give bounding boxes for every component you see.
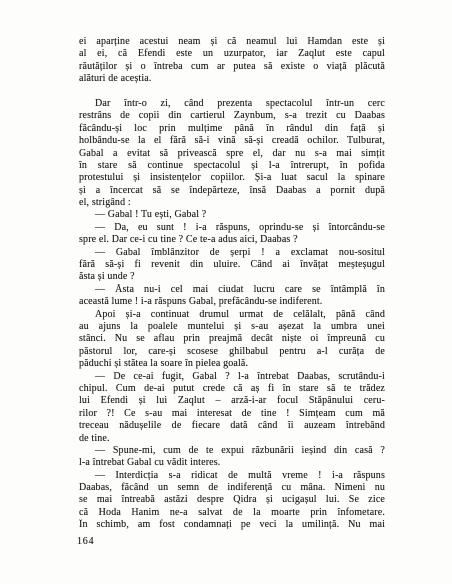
- text-line: alături de aceștia.: [79, 73, 385, 85]
- text-line: chipul. Cum de-ai putut crede că aș fi î…: [79, 383, 385, 395]
- text-line: se mai întreabă astăzi despre Qidra și u…: [79, 494, 385, 506]
- page-number: 164: [77, 536, 94, 547]
- text-line: al ei, că Efendi este un uzurpator, iar …: [79, 48, 385, 60]
- paragraph: — Gabal îmblânzitor de șerpi ! a exclama…: [79, 247, 385, 284]
- text-line: și a încercat să se îndepărteze, însă Da…: [79, 185, 385, 197]
- text-line: l-a întrebat Gabal cu vădit interes.: [79, 457, 385, 469]
- paragraph: — De ce-ai fugit, Gabal ? l-a întrebat D…: [79, 371, 385, 445]
- text-line: treceau nădușelile de fiecare dată când …: [79, 420, 385, 432]
- text-line: Daabas, făcând un semn de indiferență cu…: [79, 482, 385, 494]
- text-line: Apoi și-a continuat drumul urmat de celă…: [79, 309, 385, 321]
- paragraph: Apoi și-a continuat drumul urmat de celă…: [79, 309, 385, 371]
- text-line: Dar într-o zi, când prezenta spectacolul…: [79, 98, 385, 110]
- text-line: făcându-și loc prin mulțime până în rând…: [79, 123, 385, 135]
- text-line: ei aparține acestui neam și că neamul lu…: [79, 36, 385, 48]
- text-line: — Interdicția s-a ridicat de multă vreme…: [79, 470, 385, 482]
- text-line: păduchi și stătea la soare în pielea goa…: [79, 358, 385, 370]
- text-line: — De ce-ai fugit, Gabal ? l-a întrebat D…: [79, 371, 385, 383]
- paragraph: ei aparține acestui neam și că neamul lu…: [79, 36, 385, 86]
- text-line: Gabal a evitat să privească spre el, dar…: [79, 148, 385, 160]
- text-line: rilor ?! Ce s-au mai interesat de tine !…: [79, 408, 385, 420]
- text-line: această lume ! i-a răspuns Gabal, prefăc…: [79, 296, 385, 308]
- text-line: holbându-se la el fără să-i vină să-și c…: [79, 135, 385, 147]
- text-line: el, strigând :: [79, 197, 385, 209]
- book-page: ei aparține acestui neam și că neamul lu…: [0, 0, 452, 584]
- paragraph: — Interdicția s-a ridicat de multă vreme…: [79, 470, 385, 532]
- text-line: stânci. Nu se aflau prin preajmă decât n…: [79, 333, 385, 345]
- paragraph: Dar într-o zi, când prezenta spectacolul…: [79, 98, 385, 210]
- page-text: ei aparține acestui neam și că neamul lu…: [79, 36, 385, 532]
- text-line: păstorul lor, care-și scosese ghilbabul …: [79, 346, 385, 358]
- text-line: de tine.: [79, 433, 385, 445]
- text-line: — Gabal îmblânzitor de șerpi ! a exclama…: [79, 247, 385, 259]
- text-line: că Hoda Hanim ne-a salvat de la moarte p…: [79, 507, 385, 519]
- paragraph: — Gabal ! Tu ești, Gabal ?: [79, 209, 385, 221]
- text-line: protestului și insistențelor copiilor. Ș…: [79, 172, 385, 184]
- text-line: răutăților și o întreba cum ar putea să …: [79, 61, 385, 73]
- text-line: — Da, eu sunt ! i-a răspuns, oprindu-se …: [79, 222, 385, 234]
- text-line: lui Efendi și lui Zaqlut – arză-i-ar foc…: [79, 395, 385, 407]
- text-line: În schimb, am fost condamnați pe veci la…: [79, 519, 385, 531]
- text-line: ăsta și unde ?: [79, 271, 385, 283]
- paragraph: — Da, eu sunt ! i-a răspuns, oprindu-se …: [79, 222, 385, 247]
- text-line: restrâns de copii din cartierul Zaynbum,…: [79, 110, 385, 122]
- text-line: au ajuns la poalele muntelui și s-au așe…: [79, 321, 385, 333]
- text-line: — Ăsta nu-i cel mai ciudat lucru care se…: [79, 284, 385, 296]
- text-line: fără să-și fi revenit din uluire. Când a…: [79, 259, 385, 271]
- paragraph: — Spune-mi, cum de te expui răzbunării i…: [79, 445, 385, 470]
- text-line: — Gabal ! Tu ești, Gabal ?: [79, 209, 385, 221]
- paragraph: — Ăsta nu-i cel mai ciudat lucru care se…: [79, 284, 385, 309]
- text-line: în stare să continue spectacolul și l-a …: [79, 160, 385, 172]
- text-line: — Spune-mi, cum de te expui răzbunării i…: [79, 445, 385, 457]
- text-line: spre el. Dar ce-i cu tine ? Ce te-a adus…: [79, 234, 385, 246]
